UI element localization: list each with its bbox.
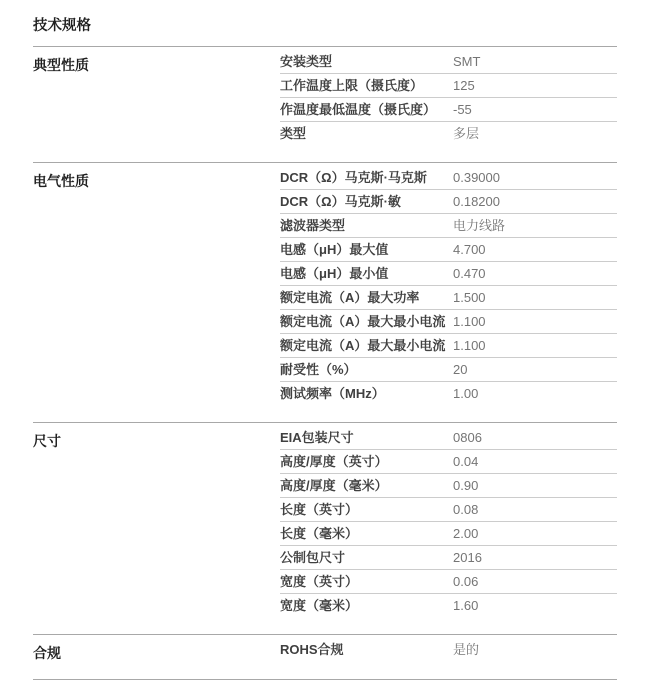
spec-section: 典型性质安装类型SMT工作温度上限（摄氏度）125作温度最低温度（摄氏度）-55… bbox=[33, 47, 617, 145]
spec-row: 长度（毫米）2.00 bbox=[280, 522, 617, 546]
spec-section: 电气性质DCR（Ω）马克斯·马克斯0.39000DCR（Ω）马克斯·敏0.182… bbox=[33, 163, 617, 405]
property-value: 20 bbox=[453, 362, 617, 377]
property-value: 0.39000 bbox=[453, 170, 617, 185]
section-divider bbox=[33, 679, 617, 680]
spec-row: 耐受性（%）20 bbox=[280, 358, 617, 382]
property-name: 作温度最低温度（摄氏度） bbox=[280, 102, 453, 117]
property-name: 耐受性（%） bbox=[280, 362, 453, 377]
property-value: 1.60 bbox=[453, 598, 617, 613]
spec-row: 额定电流（A）最大功率1.500 bbox=[280, 286, 617, 310]
property-value: 2.00 bbox=[453, 526, 617, 541]
spec-section: 尺寸EIA包装尺寸0806高度/厚度（英寸）0.04高度/厚度（毫米）0.90长… bbox=[33, 423, 617, 617]
section-label: 尺寸 bbox=[33, 426, 280, 450]
property-name: 安装类型 bbox=[280, 54, 453, 69]
spec-sections: 典型性质安装类型SMT工作温度上限（摄氏度）125作温度最低温度（摄氏度）-55… bbox=[33, 47, 617, 680]
spec-row: EIA包装尺寸0806 bbox=[280, 426, 617, 450]
property-name: DCR（Ω）马克斯·敏 bbox=[280, 194, 453, 209]
spec-row: DCR（Ω）马克斯·马克斯0.39000 bbox=[280, 166, 617, 190]
property-value: 1.100 bbox=[453, 338, 617, 353]
property-value: 0.18200 bbox=[453, 194, 617, 209]
spec-row-group: 安装类型SMT工作温度上限（摄氏度）125作温度最低温度（摄氏度）-55类型多层 bbox=[280, 50, 617, 145]
property-name: 额定电流（A）最大功率 bbox=[280, 290, 453, 305]
spec-row: ROHS合规是的 bbox=[280, 638, 617, 661]
property-value: SMT bbox=[453, 54, 617, 69]
section-label: 电气性质 bbox=[33, 166, 280, 190]
property-value: 0.90 bbox=[453, 478, 617, 493]
property-value: 1.100 bbox=[453, 314, 617, 329]
spec-row: 宽度（毫米）1.60 bbox=[280, 594, 617, 617]
property-value: 0.08 bbox=[453, 502, 617, 517]
property-value: 4.700 bbox=[453, 242, 617, 257]
spec-row: 额定电流（A）最大最小电流1.100 bbox=[280, 310, 617, 334]
spec-row-group: ROHS合规是的 bbox=[280, 638, 617, 661]
property-value: 电力线路 bbox=[453, 218, 617, 233]
property-name: 工作温度上限（摄氏度） bbox=[280, 78, 453, 93]
property-name: 高度/厚度（毫米） bbox=[280, 478, 453, 493]
property-value: 0.04 bbox=[453, 454, 617, 469]
spec-row: 高度/厚度（英寸）0.04 bbox=[280, 450, 617, 474]
spec-page: 技术规格 典型性质安装类型SMT工作温度上限（摄氏度）125作温度最低温度（摄氏… bbox=[0, 0, 651, 687]
spec-row: 测试频率（MHz）1.00 bbox=[280, 382, 617, 405]
spec-row-group: EIA包装尺寸0806高度/厚度（英寸）0.04高度/厚度（毫米）0.90长度（… bbox=[280, 426, 617, 617]
spec-row: 宽度（英寸）0.06 bbox=[280, 570, 617, 594]
property-name: EIA包装尺寸 bbox=[280, 430, 453, 445]
section-label: 典型性质 bbox=[33, 50, 280, 74]
property-name: 宽度（英寸） bbox=[280, 574, 453, 589]
property-name: 高度/厚度（英寸） bbox=[280, 454, 453, 469]
property-name: 宽度（毫米） bbox=[280, 598, 453, 613]
property-value: 1.00 bbox=[453, 386, 617, 401]
spec-row: 类型多层 bbox=[280, 122, 617, 145]
property-name: DCR（Ω）马克斯·马克斯 bbox=[280, 170, 453, 185]
property-name: 电感（μH）最大值 bbox=[280, 242, 453, 257]
spec-row: 公制包尺寸2016 bbox=[280, 546, 617, 570]
property-name: 公制包尺寸 bbox=[280, 550, 453, 565]
spec-row: 滤波器类型电力线路 bbox=[280, 214, 617, 238]
property-name: 类型 bbox=[280, 126, 453, 141]
property-name: 额定电流（A）最大最小电流 bbox=[280, 338, 453, 353]
property-value: 2016 bbox=[453, 550, 617, 565]
spec-section: 合规ROHS合规是的 bbox=[33, 635, 617, 662]
property-name: 额定电流（A）最大最小电流 bbox=[280, 314, 453, 329]
page-title: 技术规格 bbox=[33, 14, 617, 36]
property-name: 长度（英寸） bbox=[280, 502, 453, 517]
spec-row: 电感（μH）最小值0.470 bbox=[280, 262, 617, 286]
spec-row: 作温度最低温度（摄氏度）-55 bbox=[280, 98, 617, 122]
property-value: 125 bbox=[453, 78, 617, 93]
spec-row: 电感（μH）最大值4.700 bbox=[280, 238, 617, 262]
property-value: 0806 bbox=[453, 430, 617, 445]
spec-row: 安装类型SMT bbox=[280, 50, 617, 74]
property-value: 0.470 bbox=[453, 266, 617, 281]
property-name: ROHS合规 bbox=[280, 642, 453, 657]
spec-row-group: DCR（Ω）马克斯·马克斯0.39000DCR（Ω）马克斯·敏0.18200滤波… bbox=[280, 166, 617, 405]
spec-row: 长度（英寸）0.08 bbox=[280, 498, 617, 522]
property-name: 滤波器类型 bbox=[280, 218, 453, 233]
property-name: 长度（毫米） bbox=[280, 526, 453, 541]
property-value: -55 bbox=[453, 102, 617, 117]
section-label: 合规 bbox=[33, 638, 280, 662]
spec-row: 高度/厚度（毫米）0.90 bbox=[280, 474, 617, 498]
spec-row: 额定电流（A）最大最小电流1.100 bbox=[280, 334, 617, 358]
property-name: 测试频率（MHz） bbox=[280, 386, 453, 401]
property-value: 1.500 bbox=[453, 290, 617, 305]
property-value: 是的 bbox=[453, 642, 617, 657]
property-value: 0.06 bbox=[453, 574, 617, 589]
property-name: 电感（μH）最小值 bbox=[280, 266, 453, 281]
property-value: 多层 bbox=[453, 126, 617, 141]
spec-row: 工作温度上限（摄氏度）125 bbox=[280, 74, 617, 98]
spec-row: DCR（Ω）马克斯·敏0.18200 bbox=[280, 190, 617, 214]
